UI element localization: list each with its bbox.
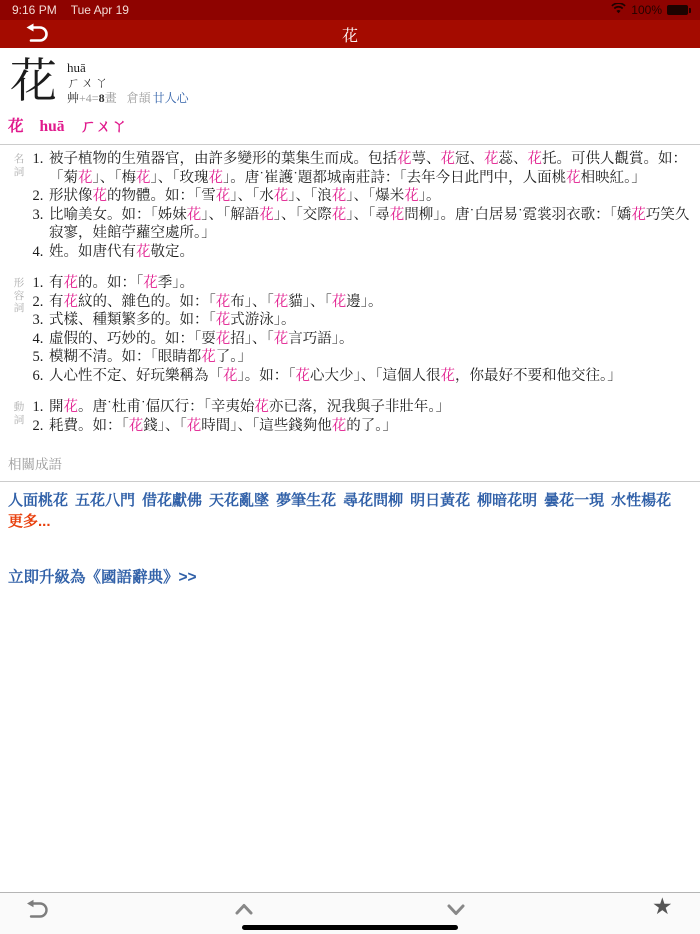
definition-item: 開花。唐˙杜甫˙偪仄行：「辛夷始花亦已落，況我與子非壯年。」 [47, 398, 690, 417]
idiom-link[interactable]: 水性楊花 [611, 492, 671, 509]
divider [0, 481, 700, 482]
headword-highlight: 花 [274, 294, 289, 310]
headword-highlight: 花 [332, 294, 347, 310]
headword-highlight: 花 [397, 151, 412, 167]
radical-plus: +4= [79, 91, 99, 105]
headword-highlight: 花 [93, 188, 108, 204]
idiom-link[interactable]: 五花八門 [75, 492, 135, 509]
idiom-link[interactable]: 柳暗花明 [477, 492, 537, 509]
headword-highlight: 花 [484, 151, 499, 167]
definition-item: 姓。如唐代有花敬定。 [47, 243, 690, 262]
back-button[interactable] [24, 23, 48, 45]
cangjie-label: 倉頡 [127, 91, 151, 105]
headword-highlight: 花 [332, 207, 347, 223]
chevron-down-icon[interactable] [443, 899, 469, 921]
nav-bar: 花 [0, 20, 700, 48]
stroke-unit: 畫 [105, 91, 117, 105]
subhead-zhuyin: ㄏㄨㄚ [81, 118, 128, 135]
idiom-link[interactable]: 明日黃花 [410, 492, 470, 509]
idiom-link[interactable]: 曇花一現 [544, 492, 604, 509]
headword-highlight: 花 [216, 188, 231, 204]
definition-item: 模糊不清。如：「眼睛都花了。」 [47, 348, 690, 367]
definition-item: 耗費。如：「花錢」、「花時間」、「這些錢夠他花的了。」 [47, 417, 690, 436]
star-icon[interactable]: ★ [652, 894, 678, 916]
headword-highlight: 花 [259, 207, 274, 223]
headword-highlight: 花 [187, 418, 202, 434]
subhead-char: 花 [8, 118, 24, 135]
definition-sections: 名詞被子植物的生殖器官，由許多變形的葉集生而成。包括花萼、花冠、花蕊、花托。可供… [8, 150, 690, 435]
headword-highlight: 花 [64, 294, 79, 310]
definition-item: 式樣、種類繁多的。如：「花式游泳」。 [47, 311, 690, 330]
headword-highlight: 花 [216, 294, 231, 310]
headword-highlight: 花 [64, 399, 79, 415]
headword-highlight: 花 [566, 170, 581, 186]
headword-highlight: 花 [441, 151, 456, 167]
wifi-icon [611, 3, 626, 17]
headword-highlight: 花 [441, 368, 456, 384]
entry-head: 花 huā ㄏㄨㄚ 艸+4=8畫倉頡廿人心 [8, 58, 690, 106]
section-noun: 名詞被子植物的生殖器官，由許多變形的葉集生而成。包括花萼、花冠、花蕊、花托。可供… [8, 150, 690, 261]
idiom-link[interactable]: 天花亂墜 [209, 492, 269, 509]
dictionary-content: 花 huā ㄏㄨㄚ 艸+4=8畫倉頡廿人心 花huāㄏㄨㄚ 名詞被子植物的生殖器… [0, 48, 700, 892]
page-title: 花 [0, 23, 700, 46]
headword-highlight: 花 [223, 368, 238, 384]
definition-item: 人心性不定、好玩樂稱為「花」。如：「花心大少」、「這個人很花，你最好不要和他交往… [47, 367, 690, 386]
headword-highlight: 花 [254, 399, 269, 415]
chevron-up-icon[interactable] [231, 899, 257, 921]
definition-item: 形狀像花的物體。如：「雪花」、「水花」、「浪花」、「爆米花」。 [47, 187, 690, 206]
headword-highlight: 花 [129, 418, 144, 434]
headword-highlight: 花 [631, 207, 646, 223]
headword-highlight: 花 [201, 349, 216, 365]
cangjie-code-link[interactable]: 廿人心 [153, 91, 189, 105]
headword-highlight: 花 [209, 170, 224, 186]
bottom-toolbar: ★ [0, 892, 700, 934]
headword-highlight: 花 [136, 244, 151, 260]
status-right: 100% [611, 3, 688, 17]
pos-label-adjective: 形容詞 [13, 277, 25, 315]
headword-highlight: 花 [187, 207, 202, 223]
headword-highlight: 花 [64, 275, 79, 291]
idiom-link[interactable]: 尋花問柳 [343, 492, 403, 509]
section-verb: 動詞開花。唐˙杜甫˙偪仄行：「辛夷始花亦已落，況我與子非壯年。」耗費。如：「花錢… [8, 398, 690, 435]
idiom-link[interactable]: 夢筆生花 [276, 492, 336, 509]
status-bar: 9:16 PM Tue Apr 19 100% [0, 0, 700, 20]
subhead-pinyin: huā [40, 118, 65, 135]
definition-item: 被子植物的生殖器官，由許多變形的葉集生而成。包括花萼、花冠、花蕊、花托。可供人觀… [47, 150, 690, 187]
definition-item: 有花的。如：「花季」。 [47, 274, 690, 293]
headword-highlight: 花 [274, 188, 289, 204]
headword-highlight: 花 [390, 207, 405, 223]
radical: 艸 [67, 91, 79, 105]
status-date: Tue Apr 19 [71, 3, 129, 17]
status-left: 9:16 PM Tue Apr 19 [12, 3, 129, 17]
definition-item: 有花紋的、雜色的。如：「花布」、「花貓」、「花邊」。 [47, 293, 690, 312]
headword-highlight: 花 [332, 188, 347, 204]
headword-highlight: 花 [78, 170, 93, 186]
idiom-link[interactable]: 借花獻佛 [142, 492, 202, 509]
battery-percent: 100% [631, 3, 662, 17]
headword-highlight: 花 [296, 368, 311, 384]
headword: 花 [8, 58, 57, 106]
headword-highlight: 花 [528, 151, 543, 167]
subhead: 花huāㄏㄨㄚ [8, 114, 690, 136]
back-icon[interactable] [24, 899, 50, 921]
definition-item: 比喻美女。如：「姊妹花」、「解語花」、「交際花」、「尋花問柳」。唐˙白居易˙霓裳… [47, 206, 690, 243]
status-time: 9:16 PM [12, 3, 57, 17]
pos-label-verb: 動詞 [13, 401, 25, 426]
idiom-link[interactable]: 人面桃花 [8, 492, 68, 509]
head-info: huā ㄏㄨㄚ 艸+4=8畫倉頡廿人心 [67, 58, 189, 106]
headword-highlight: 花 [216, 312, 231, 328]
zhuyin: ㄏㄨㄚ [67, 75, 189, 90]
pos-label-noun: 名詞 [13, 153, 25, 178]
headword-highlight: 花 [136, 170, 151, 186]
headword-highlight: 花 [216, 331, 231, 347]
headword-highlight: 花 [274, 331, 289, 347]
definition-item: 虛假的、巧妙的。如：「耍花招」、「花言巧語」。 [47, 330, 690, 349]
section-adjective: 形容詞有花的。如：「花季」。有花紋的、雜色的。如：「花布」、「花貓」、「花邊」。… [8, 274, 690, 385]
upgrade-link[interactable]: 立即升級為《國語辭典》>> [8, 565, 197, 587]
home-indicator[interactable] [242, 925, 458, 930]
headword-highlight: 花 [332, 418, 347, 434]
radical-line: 艸+4=8畫倉頡廿人心 [67, 91, 189, 106]
more-idioms-link[interactable]: 更多... [8, 513, 51, 530]
related-idioms-header: 相關成語 [8, 453, 690, 473]
battery-icon [667, 5, 688, 15]
divider [0, 144, 700, 145]
headword-highlight: 花 [143, 275, 158, 291]
pinyin: huā [67, 60, 189, 75]
headword-highlight: 花 [404, 188, 419, 204]
idiom-links-row: 人面桃花五花八門借花獻佛天花亂墜夢筆生花尋花問柳明日黃花柳暗花明曇花一現水性楊花… [8, 489, 690, 531]
